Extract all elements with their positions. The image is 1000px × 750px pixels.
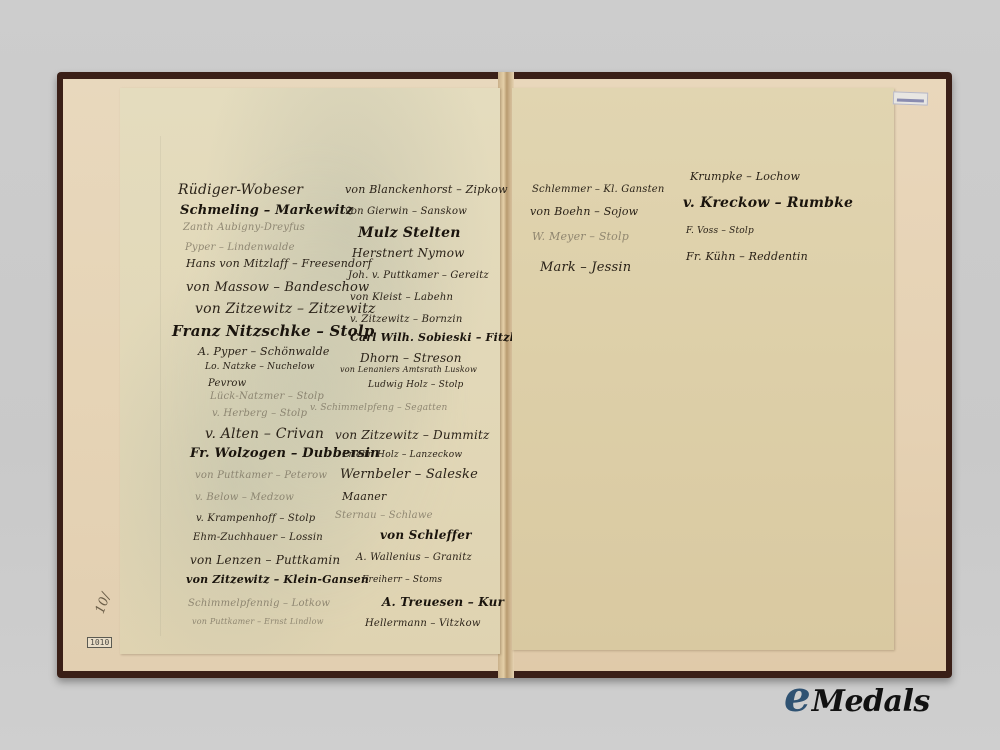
signature: A. Pyper – Schönwalde xyxy=(198,345,330,358)
signature: v. Schimmelpfeng – Segatten xyxy=(310,403,447,413)
signature: von Puttkamer – Peterow xyxy=(195,470,327,481)
signature: Wernbeler – Saleske xyxy=(340,467,478,482)
signature: A. Wallenius – Granitz xyxy=(356,552,472,563)
signature: Mark – Jessin xyxy=(540,260,631,275)
signature: von Puttkamer – Ernst Lindlow xyxy=(192,617,324,626)
signature: Krumpke – Lochow xyxy=(690,170,800,183)
signature: Schimmelpfennig – Lotkow xyxy=(188,598,330,609)
barcode-icon xyxy=(897,99,924,103)
signature: v. Below – Medzow xyxy=(195,492,294,503)
signature: v. Kreckow – Rumbke xyxy=(683,195,853,211)
signature: Freiherr – Stoms xyxy=(362,575,442,585)
signature: Schmeling – Markewitz xyxy=(180,203,353,218)
signature: von Zitzewitz – Klein-Gansen xyxy=(186,573,369,586)
signature: Lück-Natzmer – Stolp xyxy=(210,391,324,402)
watermark-brand: Medals xyxy=(812,687,930,717)
signature: Rüdiger-Wobeser xyxy=(178,182,303,198)
signature: A. Treuesen – Kur xyxy=(382,595,504,609)
signature: von Blanckenhorst – Zipkow xyxy=(345,183,508,196)
inventory-stamp: 1010 xyxy=(87,637,112,648)
signature: Pevrow xyxy=(208,378,246,389)
signature: v. Herberg – Stolp xyxy=(212,408,307,419)
signature: v. Zitzewitz – Bornzin xyxy=(350,314,462,325)
signature: von Boehn – Sojow xyxy=(530,205,638,218)
signature: Pyper – Lindenwalde xyxy=(185,242,295,253)
signature: von Zitzewitz – Dummitz xyxy=(335,428,490,442)
barcode-sticker xyxy=(893,91,928,105)
signature: v. Alten – Crivan xyxy=(205,426,324,442)
signature: von Massow – Bandeschow xyxy=(186,280,369,295)
signature: von Lenaniers Amtsrath Luskow xyxy=(340,365,477,374)
signature: von Kleist – Labehn xyxy=(350,292,453,303)
signature: Joh. v. Puttkamer – Gereitz xyxy=(348,270,489,281)
signature: von Lenzen – Puttkamin xyxy=(190,553,340,567)
photo-stage: Rüdiger-Wobeser Schmeling – Markewitz Za… xyxy=(0,0,1000,750)
signature: Franz Nitzschke – Stolp xyxy=(172,322,374,340)
signature: Hellermann – Vitzkow xyxy=(365,618,481,629)
signature: Dhorn – Streson xyxy=(360,351,462,365)
signature: Friedr. Holz – Lanzeckow xyxy=(342,450,462,460)
signature: Schlemmer – Kl. Gansten xyxy=(532,184,665,195)
signature: Zanth Aubigny-Dreyfus xyxy=(183,222,305,233)
signature: Carl Wilh. Sobieski – Fitzke xyxy=(350,331,525,344)
signature: Hans von Mitzlaff – Freesendorf xyxy=(186,257,372,270)
signature: v. Krampenhoff – Stolp xyxy=(196,513,315,524)
signature: Herstnert Nymow xyxy=(352,246,465,260)
signature: von Gierwin – Sanskow xyxy=(345,206,467,217)
signature: Maaner xyxy=(342,490,386,503)
emedals-watermark: e Medals xyxy=(784,676,930,716)
signature: F. Voss – Stolp xyxy=(686,226,754,236)
signature: Sternau – Schlawe xyxy=(335,510,433,521)
signature: Fr. Kühn – Reddentin xyxy=(686,250,808,263)
signature: von Schleffer xyxy=(380,528,472,542)
signature: Ehm-Zuchhauer – Lossin xyxy=(193,532,323,543)
signature: Mulz Stelten xyxy=(358,225,461,241)
watermark-prefix: e xyxy=(784,676,811,718)
signature: Lo. Natzke – Nuchelow xyxy=(205,362,315,372)
signature: Ludwig Holz – Stolp xyxy=(368,380,464,390)
signature: von Zitzewitz – Zitzewitz xyxy=(195,301,376,317)
signature: W. Meyer – Stolp xyxy=(532,230,629,243)
